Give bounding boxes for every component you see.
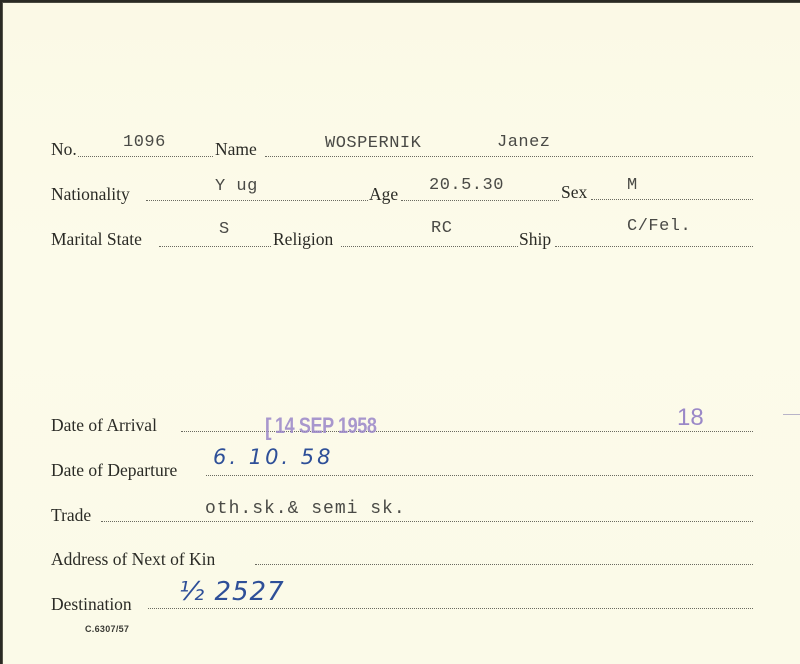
margin-mark — [783, 414, 800, 415]
arrival-date-stamp: 14 SEP 1958 — [275, 415, 376, 437]
sex-dotted-line — [591, 199, 753, 200]
name-dotted-line — [265, 156, 753, 157]
ship-label: Ship — [519, 231, 551, 249]
form-number: C.6307/57 — [85, 624, 129, 634]
address-next-of-kin-label: Address of Next of Kin — [51, 551, 215, 569]
religion-value: RC — [431, 220, 452, 237]
ship-dotted-line — [555, 246, 753, 247]
no-value: 1096 — [123, 134, 166, 151]
age-value: 20.5.30 — [429, 177, 504, 194]
given-name-value: Janez — [497, 134, 551, 151]
date-of-arrival-label: Date of Arrival — [51, 417, 157, 435]
sex-label: Sex — [561, 184, 587, 202]
arrival-stamp-number: 18 — [677, 406, 704, 430]
trade-dotted-line — [101, 521, 753, 522]
age-label: Age — [369, 186, 398, 204]
religion-dotted-line — [341, 246, 518, 247]
no-label: No. — [51, 141, 77, 159]
ship-value: C/Fel. — [627, 218, 691, 235]
registration-card: No. 1096 Name WOSPERNIK Janez Nationalit… — [2, 2, 800, 664]
address-next-of-kin-dotted-line — [255, 564, 753, 565]
date-of-departure-dotted-line — [206, 475, 753, 476]
stamp-bracket: [ — [265, 416, 272, 440]
nationality-label: Nationality — [51, 186, 130, 204]
trade-value: oth.sk.& semi sk. — [205, 500, 406, 518]
destination-value: ½ 2527 — [179, 579, 285, 605]
sex-value: M — [627, 177, 638, 194]
nationality-dotted-line — [146, 200, 368, 201]
nationality-value: Y ug — [215, 178, 258, 195]
no-dotted-line — [78, 156, 213, 157]
surname-value: WOSPERNIK — [325, 135, 421, 152]
destination-dotted-line — [148, 608, 753, 609]
marital-state-label: Marital State — [51, 231, 142, 249]
religion-label: Religion — [273, 231, 333, 249]
destination-label: Destination — [51, 596, 132, 614]
age-dotted-line — [401, 200, 559, 201]
date-of-departure-label: Date of Departure — [51, 462, 177, 480]
trade-label: Trade — [51, 507, 91, 525]
name-label: Name — [215, 141, 257, 159]
marital-state-dotted-line — [159, 246, 271, 247]
marital-state-value: S — [219, 221, 230, 238]
departure-date-value: 6. 10. 58 — [213, 447, 334, 468]
